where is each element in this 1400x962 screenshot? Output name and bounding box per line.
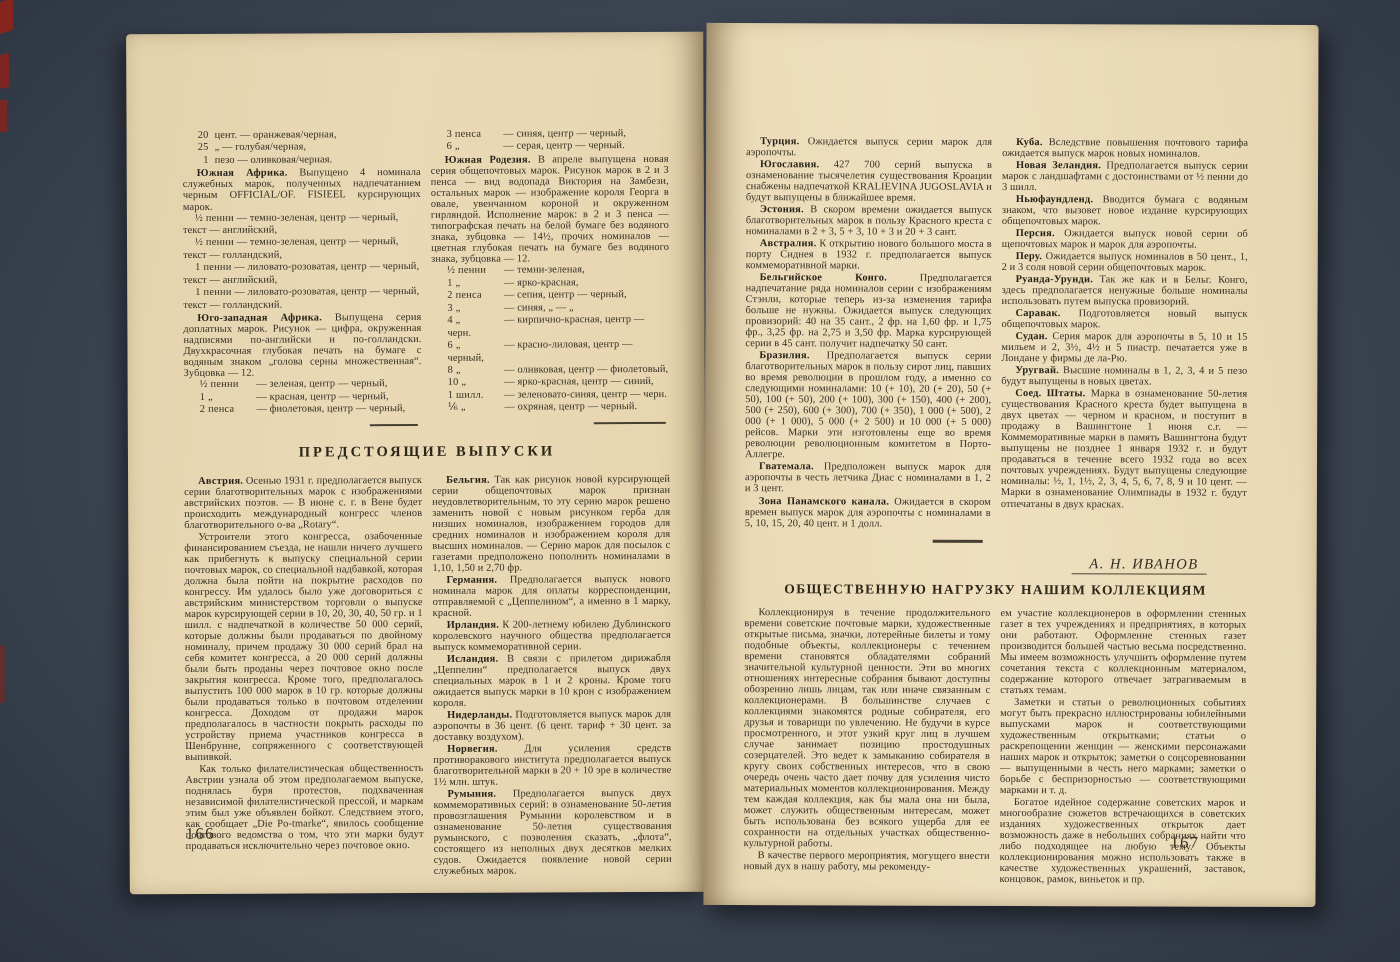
entry-lead: Эстония.: [760, 204, 804, 215]
red-edge-mark: [0, 100, 7, 132]
entry-paragraph: 25„ — голубая/черная,: [183, 141, 421, 155]
entry-lead: Судан.: [1015, 331, 1047, 342]
entry-lead: Южная Африка.: [197, 168, 288, 179]
entry-lead: Норвегия.: [447, 744, 498, 755]
left-top-columns: 20цент. — оранжевая/черная,25„ — голубая…: [183, 128, 670, 429]
entry-text: Богатое идейное содержание советских мар…: [1000, 797, 1246, 886]
entry-text: — ярко-красная,: [501, 277, 578, 288]
entry-paragraph: 3 пенса — синяя, центр — черный,: [431, 128, 669, 142]
entry-paragraph: ½ пенни — зеленая, центр — черный,: [184, 378, 422, 392]
entry-paragraph: Куба. Вследствие повышения почтового тар…: [1002, 137, 1248, 160]
red-edge-mark: [0, 53, 9, 89]
entry-paragraph: 1 пенни — лиловато-розоватая, центр — че…: [183, 286, 421, 312]
entry-paragraph: 1 пенни — лиловато-розоватая, центр — че…: [183, 261, 421, 287]
left-bottom-columns: Австрия. Осенью 1931 г. предполагается в…: [184, 473, 672, 879]
entry-paragraph: Персия. Ожидается выпуск новой серии об …: [1002, 228, 1248, 251]
entry-lead: 4 „: [447, 315, 501, 328]
entry-text: — фиолетовая, центр — черный,: [254, 404, 406, 416]
entry-text: — сепия, центр — черный,: [501, 289, 626, 301]
entry-lead: Новая Зеландия.: [1016, 160, 1101, 171]
entry-lead: Перу.: [1016, 251, 1042, 262]
right-top-columns: Турция. Ожидается выпуск серии марок для…: [745, 135, 1248, 543]
entry-paragraph: 1 шилл. — зеленовато-синяя, центр — черн…: [432, 389, 670, 403]
article-column-2: ем участие коллекционеров в оформлении с…: [1000, 607, 1247, 886]
entry-text: Предполагается надпечатание ряда номинал…: [745, 273, 991, 350]
right-top-column-2: Куба. Вследствие повышения почтового тар…: [1001, 136, 1248, 543]
entry-lead: Ирландия.: [447, 620, 499, 631]
right-top-column-1: Турция. Ожидается выпуск серии марок для…: [745, 135, 992, 542]
byline-row: А. Н. ИВАНОВ: [745, 554, 1247, 574]
entry-paragraph: ½ пенни — темни-зеленая,: [431, 264, 669, 278]
entry-text: цент. — оранжевая/черная,: [215, 129, 337, 141]
author-byline: А. Н. ИВАНОВ: [1071, 556, 1206, 574]
entry-lead: ½ пенни: [200, 379, 254, 392]
entry-lead: Руанда-Урунди.: [1016, 274, 1093, 285]
entry-lead: Исландия.: [447, 654, 498, 665]
entry-paragraph: Исландия. В связи с прилетом дирижабля „…: [433, 653, 671, 709]
left-top-column-1: 20цент. — оранжевая/черная,25„ — голубая…: [183, 129, 422, 429]
entry-text: — зеленая, центр — черный,: [254, 379, 388, 391]
entry-text: — серая, центр — черный.: [501, 141, 625, 153]
entry-lead: 25: [187, 142, 209, 155]
entry-lead: 1 шилл.: [448, 390, 502, 403]
entry-text: Предполагается выпуск серии благотворите…: [745, 351, 991, 461]
entry-lead: Австрия.: [198, 476, 243, 487]
entry-lead: Гватемала.: [759, 462, 814, 473]
entry-paragraph: Зона Панамского канала. Ожидается в скор…: [745, 496, 991, 530]
entry-text: „ — голубая/черная,: [215, 142, 307, 153]
entry-paragraph: Юго-западная Африка. Выпущена серия допл…: [183, 312, 421, 379]
entry-lead: Бельгийское Конго.: [760, 272, 887, 283]
entry-lead: Соед. Штаты.: [1015, 388, 1085, 399]
entry-paragraph: 4 „ — кирпично-красная, центр — черн.: [431, 314, 669, 340]
paragraph: ем участие коллекционеров в оформлении с…: [1000, 608, 1246, 697]
entry-lead: Уругвай.: [1015, 365, 1059, 376]
entry-lead: Румыния.: [447, 789, 496, 800]
entry-lead: 6 „: [447, 340, 501, 353]
right-page: Турция. Ожидается выпуск серии марок для…: [703, 23, 1318, 907]
left-page-content: 20цент. — оранжевая/черная,25„ — голубая…: [183, 128, 672, 879]
entry-lead: Зона Панамского канала.: [759, 496, 889, 507]
entry-lead: Германия.: [446, 575, 497, 586]
entry-paragraph: 6 „ — красно-лиловая, центр — черный,: [431, 339, 669, 365]
entry-paragraph: Бразилия. Предполагается выпуск серии бл…: [745, 350, 991, 461]
right-page-content: Турция. Ожидается выпуск серии марок для…: [744, 135, 1249, 886]
entry-paragraph: Румыния. Предполагается выпуск двух комм…: [433, 788, 671, 877]
entry-text: пезо — оливковая/черная.: [215, 154, 333, 166]
entry-text: В качестве первого мероприятия, могущего…: [744, 850, 990, 873]
scan-background: { "colors": { "background": "#3c4452", "…: [0, 0, 1400, 962]
entry-lead: 8 „: [448, 365, 502, 378]
entry-paragraph: 2 пенса — фиолетовая, центр — черный,: [184, 403, 422, 417]
entry-lead: 3 „: [447, 302, 501, 315]
entry-lead: 1 пенни: [195, 287, 231, 298]
entry-paragraph: 20цент. — оранжевая/черная,: [183, 129, 421, 143]
entry-lead: Юго-западная Африка.: [197, 313, 322, 325]
entry-paragraph: Австралия. К открытию нового большого мо…: [746, 238, 992, 272]
entry-paragraph: Уругвай. Высшие номиналы в 1, 2, 3, 4 и …: [1001, 365, 1247, 388]
entry-paragraph: Германия. Предполагается выпуск нового н…: [432, 574, 670, 619]
section-end-rule: [370, 424, 418, 426]
entry-lead: 3 пенса: [447, 129, 501, 142]
red-edge-mark: [0, 645, 5, 703]
entry-paragraph: 8 „ — оливковая, центр — фиолетовый,: [432, 364, 670, 378]
entry-lead: Нидерланды.: [447, 710, 512, 721]
entry-lead: 1: [187, 155, 209, 168]
entry-text: Как только филателистическая общественно…: [185, 763, 423, 852]
entry-lead: Югославия.: [760, 159, 819, 170]
entry-lead: 2 пенса: [447, 290, 501, 303]
entry-paragraph: Югославия. 427 700 серий выпуска в ознам…: [746, 159, 992, 204]
entry-lead: Турция.: [760, 136, 799, 147]
entry-lead: 1 „: [447, 277, 501, 290]
entry-text: — охряная, центр — черный.: [502, 401, 638, 413]
entry-lead: 2 пенса: [200, 404, 254, 417]
entry-text: — оливковая, центр — фиолетовый,: [502, 364, 669, 376]
article-column-1: Коллекционируя в течение продолжительног…: [744, 606, 991, 885]
entry-text: Марка в ознаменование 50-летия существов…: [1001, 389, 1247, 510]
entry-text: Устроители этого конгресса, озабоченные …: [184, 531, 423, 763]
entry-text: ем участие коллекционеров в оформлении с…: [1000, 608, 1246, 696]
entry-paragraph: Норвегия. Для усиления средств противора…: [433, 743, 671, 788]
entry-lead: 10 „: [448, 377, 502, 390]
entry-paragraph: 1пезо — оливковая/черная.: [183, 154, 421, 168]
entry-lead: Южная Родезия.: [445, 154, 531, 165]
entry-text: Коллекционируя в течение продолжительног…: [744, 607, 991, 850]
entry-lead: Бельгия.: [446, 475, 490, 486]
entry-text: Предполагается выпуск двух коммеморативн…: [433, 788, 671, 877]
entry-paragraph: 1 „ — красная, центр — черный,: [184, 391, 422, 405]
entry-paragraph: Гватемала. Предположен выпуск марок для …: [745, 462, 991, 496]
entry-lead: 1 пенни: [195, 262, 231, 273]
entry-paragraph: Ирландия. К 200-летнему юбилею Дублинско…: [433, 619, 671, 653]
entry-paragraph: 10 „ — ярко-красная, центр — синий,: [432, 376, 670, 390]
entry-paragraph: Руанда-Урунди. Так же как и в Бельг. Кон…: [1002, 274, 1248, 308]
entry-paragraph: 2 пенса — сепия, центр — черный,: [431, 289, 669, 303]
paragraph: В качестве первого мероприятия, могущего…: [744, 850, 990, 873]
entry-text: — синяя, „ — „: [501, 302, 573, 313]
entry-paragraph: Судан. Серия марок для аэропочты в 5, 10…: [1001, 331, 1247, 365]
entry-paragraph: ½ пенни — темно-зеленая, центр — черный,…: [183, 211, 421, 237]
red-edge-mark: [0, 0, 13, 34]
entry-paragraph: Перу. Ожидается выпуск номиналов в 50 це…: [1002, 251, 1248, 274]
paragraph: Богатое идейное содержание советских мар…: [1000, 797, 1246, 886]
entry-paragraph: Бельгийское Конго. Предполагается надпеч…: [745, 272, 991, 350]
section-end-rule: [933, 539, 983, 542]
section-heading: ПРЕДСТОЯЩИЕ ВЫПУСКИ: [184, 443, 670, 462]
entry-lead: ½ пенни: [195, 212, 234, 223]
entry-paragraph: Нидерланды. Подготовляется выпуск марок …: [433, 709, 671, 743]
paragraph: Как только филателистическая общественно…: [185, 763, 423, 852]
entry-paragraph: 1 „ — ярко-красная,: [431, 277, 669, 291]
entry-lead: ½ пенни: [447, 265, 501, 278]
entry-lead: Куба.: [1016, 137, 1043, 148]
entry-lead: Персия.: [1016, 228, 1055, 239]
left-page: 20цент. — оранжевая/черная,25„ — голубая…: [126, 32, 707, 895]
entry-lead: 6 „: [447, 141, 501, 154]
paragraph: Заметки и статьи о революционных события…: [1000, 697, 1246, 797]
entry-text: Так как рисунок новой курсирующей серии …: [432, 474, 670, 574]
entry-paragraph: Ньюфаундленд. Вводится бумага с водяным …: [1002, 194, 1248, 228]
entry-text: — темни-зеленая,: [501, 264, 585, 275]
entry-lead: Саравак.: [1016, 308, 1061, 319]
entry-text: Заметки и статьи о революционных события…: [1000, 697, 1246, 796]
entry-paragraph: Новая Зеландия. Предполагается выпуск се…: [1002, 160, 1248, 194]
entry-lead: ⅙ „: [448, 402, 502, 415]
entry-paragraph: Саравак. Подготовляется новый выпуск общ…: [1001, 308, 1247, 331]
entry-lead: 1 „: [200, 392, 254, 405]
entry-paragraph: Южная Родезия. В апреле выпущена новая с…: [431, 154, 669, 265]
left-top-column-2: 3 пенса — синяя, центр — черный,6 „ — се…: [431, 128, 670, 428]
entry-paragraph: 3 „ — синяя, „ — „: [431, 301, 669, 315]
entry-text: — зеленовато-синяя, центр — черн.: [502, 389, 667, 401]
paragraph: Коллекционируя в течение продолжительног…: [744, 607, 991, 850]
left-bottom-column-1: Австрия. Осенью 1931 г. предполагается в…: [184, 474, 424, 879]
article-heading: ОБЩЕСТВЕННУЮ НАГРУЗКУ НАШИМ КОЛЛЕКЦИЯМ: [745, 581, 1247, 599]
entry-text: В апреле выпущена новая серия общепочтов…: [431, 154, 669, 265]
page-number-left: 166: [186, 824, 215, 844]
entry-text: — красная, центр — черный,: [254, 391, 389, 403]
entry-paragraph: 6 „ — серая, центр — черный.: [431, 140, 669, 154]
entry-text: — ярко-красная, центр — синий,: [502, 376, 654, 388]
page-number-right: 167: [1170, 833, 1199, 853]
paragraph: Устроители этого конгресса, озабоченные …: [184, 531, 423, 763]
entry-lead: Ньюфаундленд.: [1016, 194, 1093, 205]
entry-paragraph: Австрия. Осенью 1931 г. предполагается в…: [184, 475, 422, 531]
entry-paragraph: Эстония. В скором времени ожидается выпу…: [746, 204, 992, 238]
entry-paragraph: ½ пенни — темно-зеленая, центр — черный,…: [183, 236, 421, 262]
left-bottom-column-2: Бельгия. Так как рисунок новой курсирующ…: [432, 473, 672, 878]
entry-text: — синяя, центр — черный,: [501, 128, 627, 140]
entry-paragraph: Южная Африка. Выпущено 4 номинала служеб…: [183, 167, 421, 212]
entry-paragraph: Турция. Ожидается выпуск серии марок для…: [746, 136, 992, 159]
entry-lead: 20: [187, 130, 209, 143]
entry-lead: ½ пенни: [195, 237, 234, 248]
section-end-rule: [594, 422, 666, 424]
entry-lead: Бразилия.: [759, 350, 809, 361]
entry-paragraph: Бельгия. Так как рисунок новой курсирующ…: [432, 474, 670, 574]
entry-paragraph: Соед. Штаты. Марка в ознаменование 50-ле…: [1001, 388, 1247, 510]
entry-paragraph: ⅙ „ — охряная, центр — черный.: [432, 401, 670, 415]
entry-lead: Австралия.: [760, 238, 817, 249]
